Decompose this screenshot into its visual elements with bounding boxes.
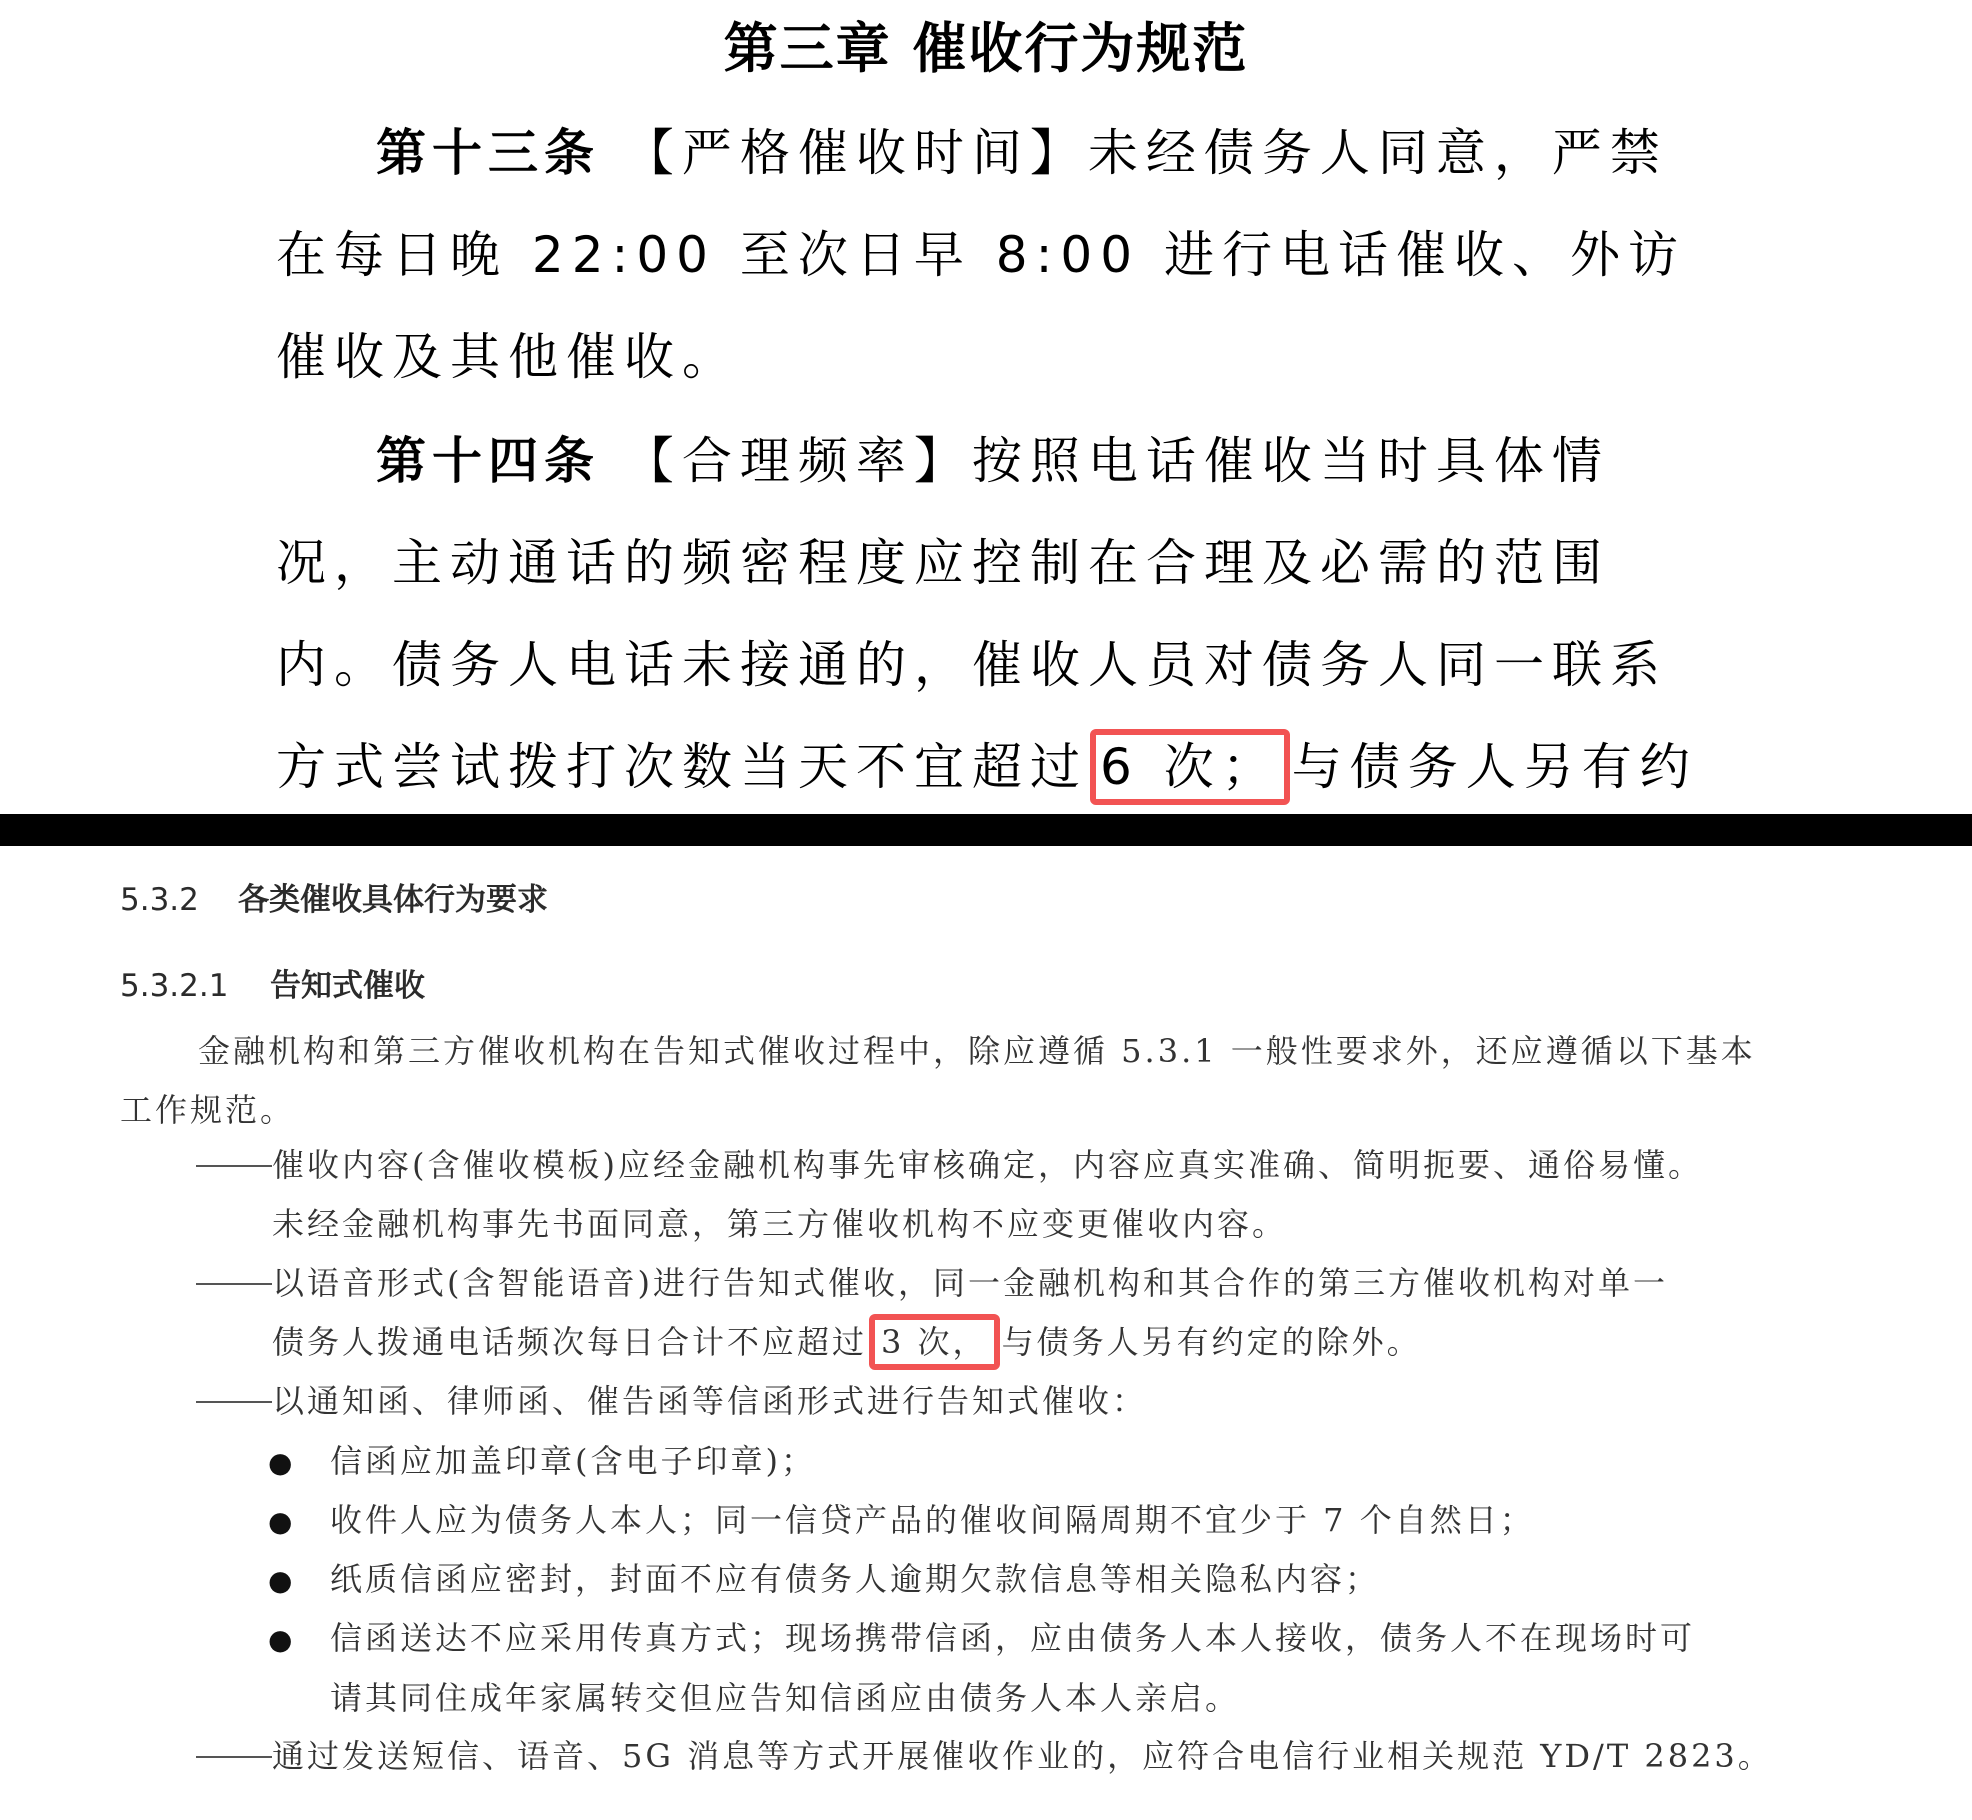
bullet-icon: ● (268, 1551, 330, 1610)
bullet-item: ●收件人应为债务人本人；同一信贷产品的催收间隔周期不宜少于 7 个自然日； (268, 1491, 1768, 1551)
section-title: 各类催收具体行为要求 (238, 882, 548, 918)
intro-text: 金融机构和第三方催收机构在告知式催收过程中，除应遵循 5.3.1 一般性要求外，… (120, 1032, 1756, 1129)
bullet-text: 请其同住成年家属转交但应告知信函应由债务人本人亲启。 (268, 1669, 1768, 1728)
highlight-box-3-times: 3 次， (869, 1314, 1000, 1370)
bullet-text: 信函送达不应采用传真方式；现场携带信函，应由债务人本人接收，债务人不在现场时可 (330, 1619, 1695, 1657)
article-13: 第十三条 【严格催收时间】未经债务人同意，严禁在每日晚 22:00 至次日早 8… (276, 102, 1706, 408)
dash-item-line: 以语音形式(含智能语音)进行告知式催收，同一金融机构和其合作的第三方催收机构对单… (272, 1264, 1668, 1302)
bullet-item: ●信函应加盖印章(含电子印章)； (268, 1432, 1768, 1492)
section-number: 5.3.2.1 (120, 968, 270, 1004)
em-dash-icon (196, 1165, 272, 1167)
bullet-text: 信函应加盖印章(含电子印章)； (330, 1442, 816, 1480)
section-heading-5-3-2-1: 5.3.2.1告知式催收 (120, 960, 425, 1005)
bullet-icon: ● (268, 1433, 330, 1492)
article-heading: 【严格催收时间】 (624, 124, 1088, 182)
article-heading: 【合理频率】 (624, 432, 972, 490)
standard-excerpt: 5.3.2各类催收具体行为要求 5.3.2.1告知式催收 金融机构和第三方催收机… (0, 846, 1972, 1820)
section-title: 告知式催收 (270, 968, 425, 1004)
dash-item-line: 未经金融机构事先书面同意，第三方催收机构不应变更催收内容。 (196, 1195, 1776, 1254)
section-heading-5-3-2: 5.3.2各类催收具体行为要求 (120, 874, 548, 919)
regulation-excerpt: 第三章 催收行为规范 第十三条 【严格催收时间】未经债务人同意，严禁在每日晚 2… (0, 0, 1972, 814)
dash-item-line: 催收内容(含催收模板)应经金融机构事先审核确定，内容应真实准确、简明扼要、通俗易… (272, 1146, 1703, 1184)
text-segment: 债务人拨通电话频次每日合计不应超过 (272, 1323, 867, 1361)
intro-paragraph: 金融机构和第三方催收机构在告知式催收过程中，除应遵循 5.3.1 一般性要求外，… (120, 1022, 1770, 1140)
text-segment: 与债务人另有约定的除外。 (1002, 1323, 1422, 1361)
em-dash-icon (196, 1756, 272, 1758)
black-divider-bar (0, 814, 1972, 846)
dash-item-line: 债务人拨通电话频次每日合计不应超过3 次，与债务人另有约定的除外。 (196, 1313, 1776, 1372)
highlight-box-6-times: 6 次； (1090, 729, 1290, 805)
dash-item-line: 以通知函、律师函、催告函等信函形式进行告知式催收： (272, 1382, 1147, 1420)
dash-item-voice-frequency: 以语音形式(含智能语音)进行告知式催收，同一金融机构和其合作的第三方催收机构对单… (196, 1254, 1776, 1372)
article-number: 第十三条 (376, 124, 600, 182)
section-number: 5.3.2 (120, 882, 238, 918)
dash-item-content-review: 催收内容(含催收模板)应经金融机构事先审核确定，内容应真实准确、简明扼要、通俗易… (196, 1136, 1776, 1254)
bullet-text: 纸质信函应密封，封面不应有债务人逾期欠款信息等相关隐私内容； (330, 1560, 1380, 1598)
dash-item-letters: 以通知函、律师函、催告函等信函形式进行告知式催收： (196, 1372, 1776, 1431)
article-number: 第十四条 (376, 432, 600, 490)
em-dash-icon (196, 1401, 272, 1403)
bullet-text: 收件人应为债务人本人；同一信贷产品的催收间隔周期不宜少于 7 个自然日； (330, 1501, 1535, 1539)
bullet-icon: ● (268, 1492, 330, 1551)
bullet-item: ●信函送达不应采用传真方式；现场携带信函，应由债务人本人接收，债务人不在现场时可… (268, 1609, 1768, 1728)
bullet-icon: ● (268, 1610, 330, 1669)
em-dash-icon (196, 1283, 272, 1285)
dash-item-sms: 通过发送短信、语音、5G 消息等方式开展催收作业的，应符合电信行业相关规范 YD… (196, 1727, 1776, 1786)
chapter-title: 第三章 催收行为规范 (0, 14, 1972, 84)
bullet-item: ●纸质信函应密封，封面不应有债务人逾期欠款信息等相关隐私内容； (268, 1550, 1768, 1610)
dash-item-line: 通过发送短信、语音、5G 消息等方式开展催收作业的，应符合电信行业相关规范 YD… (272, 1737, 1773, 1775)
